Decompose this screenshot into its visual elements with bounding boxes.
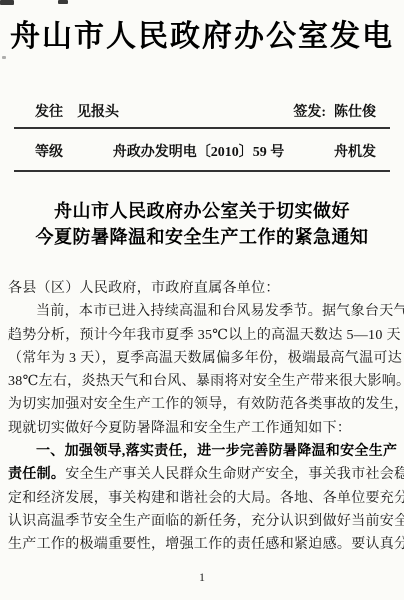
scan-artifact bbox=[2, 56, 6, 59]
section-heading-bold: 责任制。 bbox=[8, 467, 65, 482]
body-line: 认识高温季节安全生产面临的新任务，充分认识到做好当前安全 bbox=[8, 510, 396, 533]
grade-label: 等级 bbox=[35, 141, 63, 161]
header-table: 发往见报头 签发:陈仕俊 等级 舟政办发明电〔2010〕59 号 舟机发 bbox=[14, 101, 390, 172]
body-line: 为切实加强对安全生产工作的领导，有效防范各类事故的发生， bbox=[8, 393, 396, 416]
body-line: 趋势分析，预计今年我市夏季 35℃以上的高温天数达 5—10 天 bbox=[8, 324, 396, 347]
page-number: 1 bbox=[0, 570, 404, 585]
signer-field: 签发:陈仕俊 bbox=[293, 101, 376, 121]
body-line: 一、加强领导,落实责任，进一步完善防暑降温和安全生产 bbox=[8, 440, 396, 463]
body-line: 生产工作的极端重要性，增强工作的责任感和紧迫感。要认真分 bbox=[8, 533, 396, 556]
header-row-recipient: 发往见报头 签发:陈仕俊 bbox=[14, 101, 390, 129]
body-line-text: 定和经济发展，事关构建和谐社会的大局。各地、各单位要充分 bbox=[8, 491, 404, 506]
document-title-line2: 今夏防暑降温和安全生产工作的紧急通知 bbox=[0, 224, 404, 250]
body-line: 现就切实做好今夏防暑降温和安全生产工作通知如下： bbox=[8, 417, 396, 440]
document-body: 各县（区）人民政府，市政府直属各单位： 当前，本市已进入持续高温和台风易发季节。… bbox=[8, 277, 396, 557]
header-row-docnumber: 等级 舟政办发明电〔2010〕59 号 舟机发 bbox=[14, 129, 390, 172]
body-line: （常年为 3 天），夏季高温天数属偏多年份，极端最高气温可达 bbox=[8, 347, 396, 370]
document-title-line1: 舟山市人民政府办公室关于切实做好 bbox=[0, 198, 404, 224]
body-line: 38℃左右，炎热天气和台风、暴雨将对安全生产带来很大影响。 bbox=[8, 370, 396, 393]
scan-artifact bbox=[58, 0, 68, 4]
body-line-text: 生产工作的极端重要性，增强工作的责任感和紧迫感。要认真分 bbox=[8, 537, 404, 552]
body-line: 定和经济发展，事关构建和谐社会的大局。各地、各单位要充分 bbox=[8, 487, 396, 510]
salutation-line: 各县（区）人民政府，市政府直属各单位： bbox=[8, 277, 396, 300]
sent-to-field: 发往见报头 bbox=[35, 101, 119, 121]
section-heading-bold: 一、加强领导,落实责任，进一步完善防暑降温和安全生产 bbox=[36, 444, 397, 459]
document-number: 舟政办发明电〔2010〕59 号 bbox=[113, 141, 285, 161]
body-line: 当前，本市已进入持续高温和台风易发季节。据气象台天气 bbox=[8, 300, 396, 323]
dispatch-code: 舟机发 bbox=[334, 141, 376, 161]
body-line-text: 安全生产事关人民群众生命财产安全，事关我市社会稳 bbox=[65, 467, 404, 482]
signer-value: 陈仕俊 bbox=[334, 105, 376, 120]
sent-to-value: 见报头 bbox=[77, 105, 119, 120]
sent-to-label: 发往 bbox=[35, 105, 63, 120]
document-title: 舟山市人民政府办公室关于切实做好 今夏防暑降温和安全生产工作的紧急通知 bbox=[0, 198, 404, 250]
body-line: 责任制。安全生产事关人民群众生命财产安全，事关我市社会稳 bbox=[8, 463, 396, 486]
body-line-text: 认识高温季节安全生产面临的新任务，充分认识到做好当前安全 bbox=[8, 514, 404, 529]
letterhead-banner: 舟山市人民政府办公室发电 bbox=[0, 11, 404, 55]
signer-label: 签发: bbox=[293, 105, 326, 120]
scan-artifact bbox=[0, 0, 14, 5]
